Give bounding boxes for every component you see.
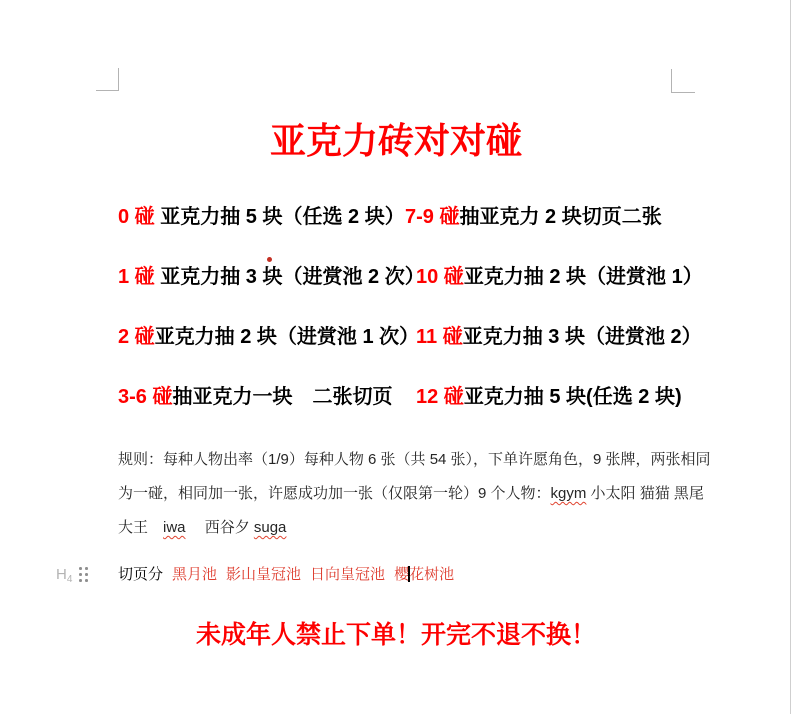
prize-row-3[interactable]: 3-6 碰抽亚克力一块 二张切页12 碰亚克力抽 5 块(任选 2 块)	[118, 384, 728, 444]
prize-row-0[interactable]: 0 碰 亚克力抽 5 块（任选 2 块）7-9 碰抽亚克力 2 块切页二张	[118, 204, 728, 264]
prize-cell: 3-6 碰抽亚克力一块 二张切页	[118, 384, 416, 410]
hit-count: 0 碰	[118, 206, 155, 228]
hit-count: 3-6 碰	[118, 386, 172, 408]
page-title: 亚克力砖对对碰	[0, 119, 792, 164]
rules-text: 规则：每种人物出率（1/9）每种人物 6 张（共 54 张），下单许愿角色，9 …	[118, 451, 711, 468]
cut-label: 切页分	[118, 566, 163, 583]
rules-paragraph[interactable]: 规则：每种人物出率（1/9）每种人物 6 张（共 54 张），下单许愿角色，9 …	[118, 443, 684, 545]
pool-name-post: 花树池	[409, 566, 454, 583]
crop-mark-top-right	[671, 69, 672, 93]
prize-cell: 0 碰 亚克力抽 5 块（任选 2 块）	[118, 204, 405, 230]
pool-name: 日向皇冠池	[310, 566, 385, 583]
spellcheck-word: iwa	[163, 519, 186, 536]
rules-text: 大王	[118, 519, 163, 536]
crop-mark-top-right	[671, 92, 695, 93]
prize-cell: 11 碰亚克力抽 3 块（进赏池 2）	[416, 326, 702, 348]
hit-count: 2 碰	[118, 326, 155, 348]
prize-rules-list: 0 碰 亚克力抽 5 块（任选 2 块）7-9 碰抽亚克力 2 块切页二张 1 …	[118, 204, 728, 444]
hit-count: 11 碰	[416, 326, 463, 348]
crop-mark-top-left	[96, 90, 119, 91]
rules-text: 西谷夕	[186, 519, 254, 536]
prize-text: 亚克力抽 3 块（进赏池 2 次）	[155, 266, 425, 288]
stray-red-dot	[267, 257, 272, 262]
pool-name: 影山皇冠池	[226, 566, 301, 583]
hit-count: 1 碰	[118, 266, 155, 288]
rules-line-3: 大王 iwa 西谷夕 suga	[118, 511, 684, 545]
prize-cell: 2 碰亚克力抽 2 块（进赏池 1 次）	[118, 324, 416, 350]
rules-text: 为一碰，相同加一张，许愿成功加一张（仅限第一轮）9 个人物：	[118, 485, 551, 502]
prize-cell: 1 碰 亚克力抽 3 块（进赏池 2 次）	[118, 264, 416, 290]
cut-page-line[interactable]: 切页分黑月池影山皇冠池日向皇冠池樱花树池	[118, 565, 454, 585]
document-page: 亚克力砖对对碰 0 碰 亚克力抽 5 块（任选 2 块）7-9 碰抽亚克力 2 …	[0, 0, 792, 714]
spellcheck-word: suga	[254, 519, 287, 536]
warning-text: 未成年人禁止下单！开完不退不换！	[0, 620, 792, 650]
prize-text: 抽亚克力一块 二张切页	[172, 386, 392, 408]
block-drag-handle-icon[interactable]	[79, 567, 88, 582]
crop-mark-top-left	[118, 68, 119, 91]
heading-level-badge: H4	[56, 566, 72, 589]
pool-name: 樱花树池	[394, 566, 454, 583]
rules-line-1: 规则：每种人物出率（1/9）每种人物 6 张（共 54 张），下单许愿角色，9 …	[118, 443, 684, 477]
prize-text: 亚克力抽 5 块（任选 2 块）	[155, 206, 405, 228]
hit-count: 10 碰	[416, 266, 464, 288]
prize-text: 亚克力抽 3 块（进赏池 2）	[463, 326, 702, 348]
rules-line-2: 为一碰，相同加一张，许愿成功加一张（仅限第一轮）9 个人物：kgym 小太阳 猫…	[118, 477, 684, 511]
prize-cell: 10 碰亚克力抽 2 块（进赏池 1）	[416, 266, 703, 288]
hit-count: 12 碰	[416, 386, 464, 408]
prize-text: 抽亚克力 2 块切页二张	[459, 206, 661, 228]
window-right-border	[790, 0, 791, 714]
prize-text: 亚克力抽 5 块(任选 2 块)	[464, 386, 682, 408]
hit-count: 7-9 碰	[405, 206, 459, 228]
prize-cell: 12 碰亚克力抽 5 块(任选 2 块)	[416, 386, 682, 408]
heading-badge-letter: H	[56, 566, 67, 583]
prize-cell: 7-9 碰抽亚克力 2 块切页二张	[405, 206, 662, 228]
prize-row-2[interactable]: 2 碰亚克力抽 2 块（进赏池 1 次）11 碰亚克力抽 3 块（进赏池 2）	[118, 324, 728, 384]
prize-text: 亚克力抽 2 块（进赏池 1）	[464, 266, 703, 288]
heading-badge-level: 4	[67, 574, 73, 585]
rules-text: 小太阳 猫猫 黑尾	[586, 485, 704, 502]
spellcheck-word: kgym	[551, 485, 587, 502]
prize-text: 亚克力抽 2 块（进赏池 1 次）	[155, 326, 419, 348]
pool-name: 黑月池	[172, 566, 217, 583]
pool-name-pre: 樱	[394, 566, 409, 583]
prize-row-1[interactable]: 1 碰 亚克力抽 3 块（进赏池 2 次）10 碰亚克力抽 2 块（进赏池 1）	[118, 264, 728, 324]
